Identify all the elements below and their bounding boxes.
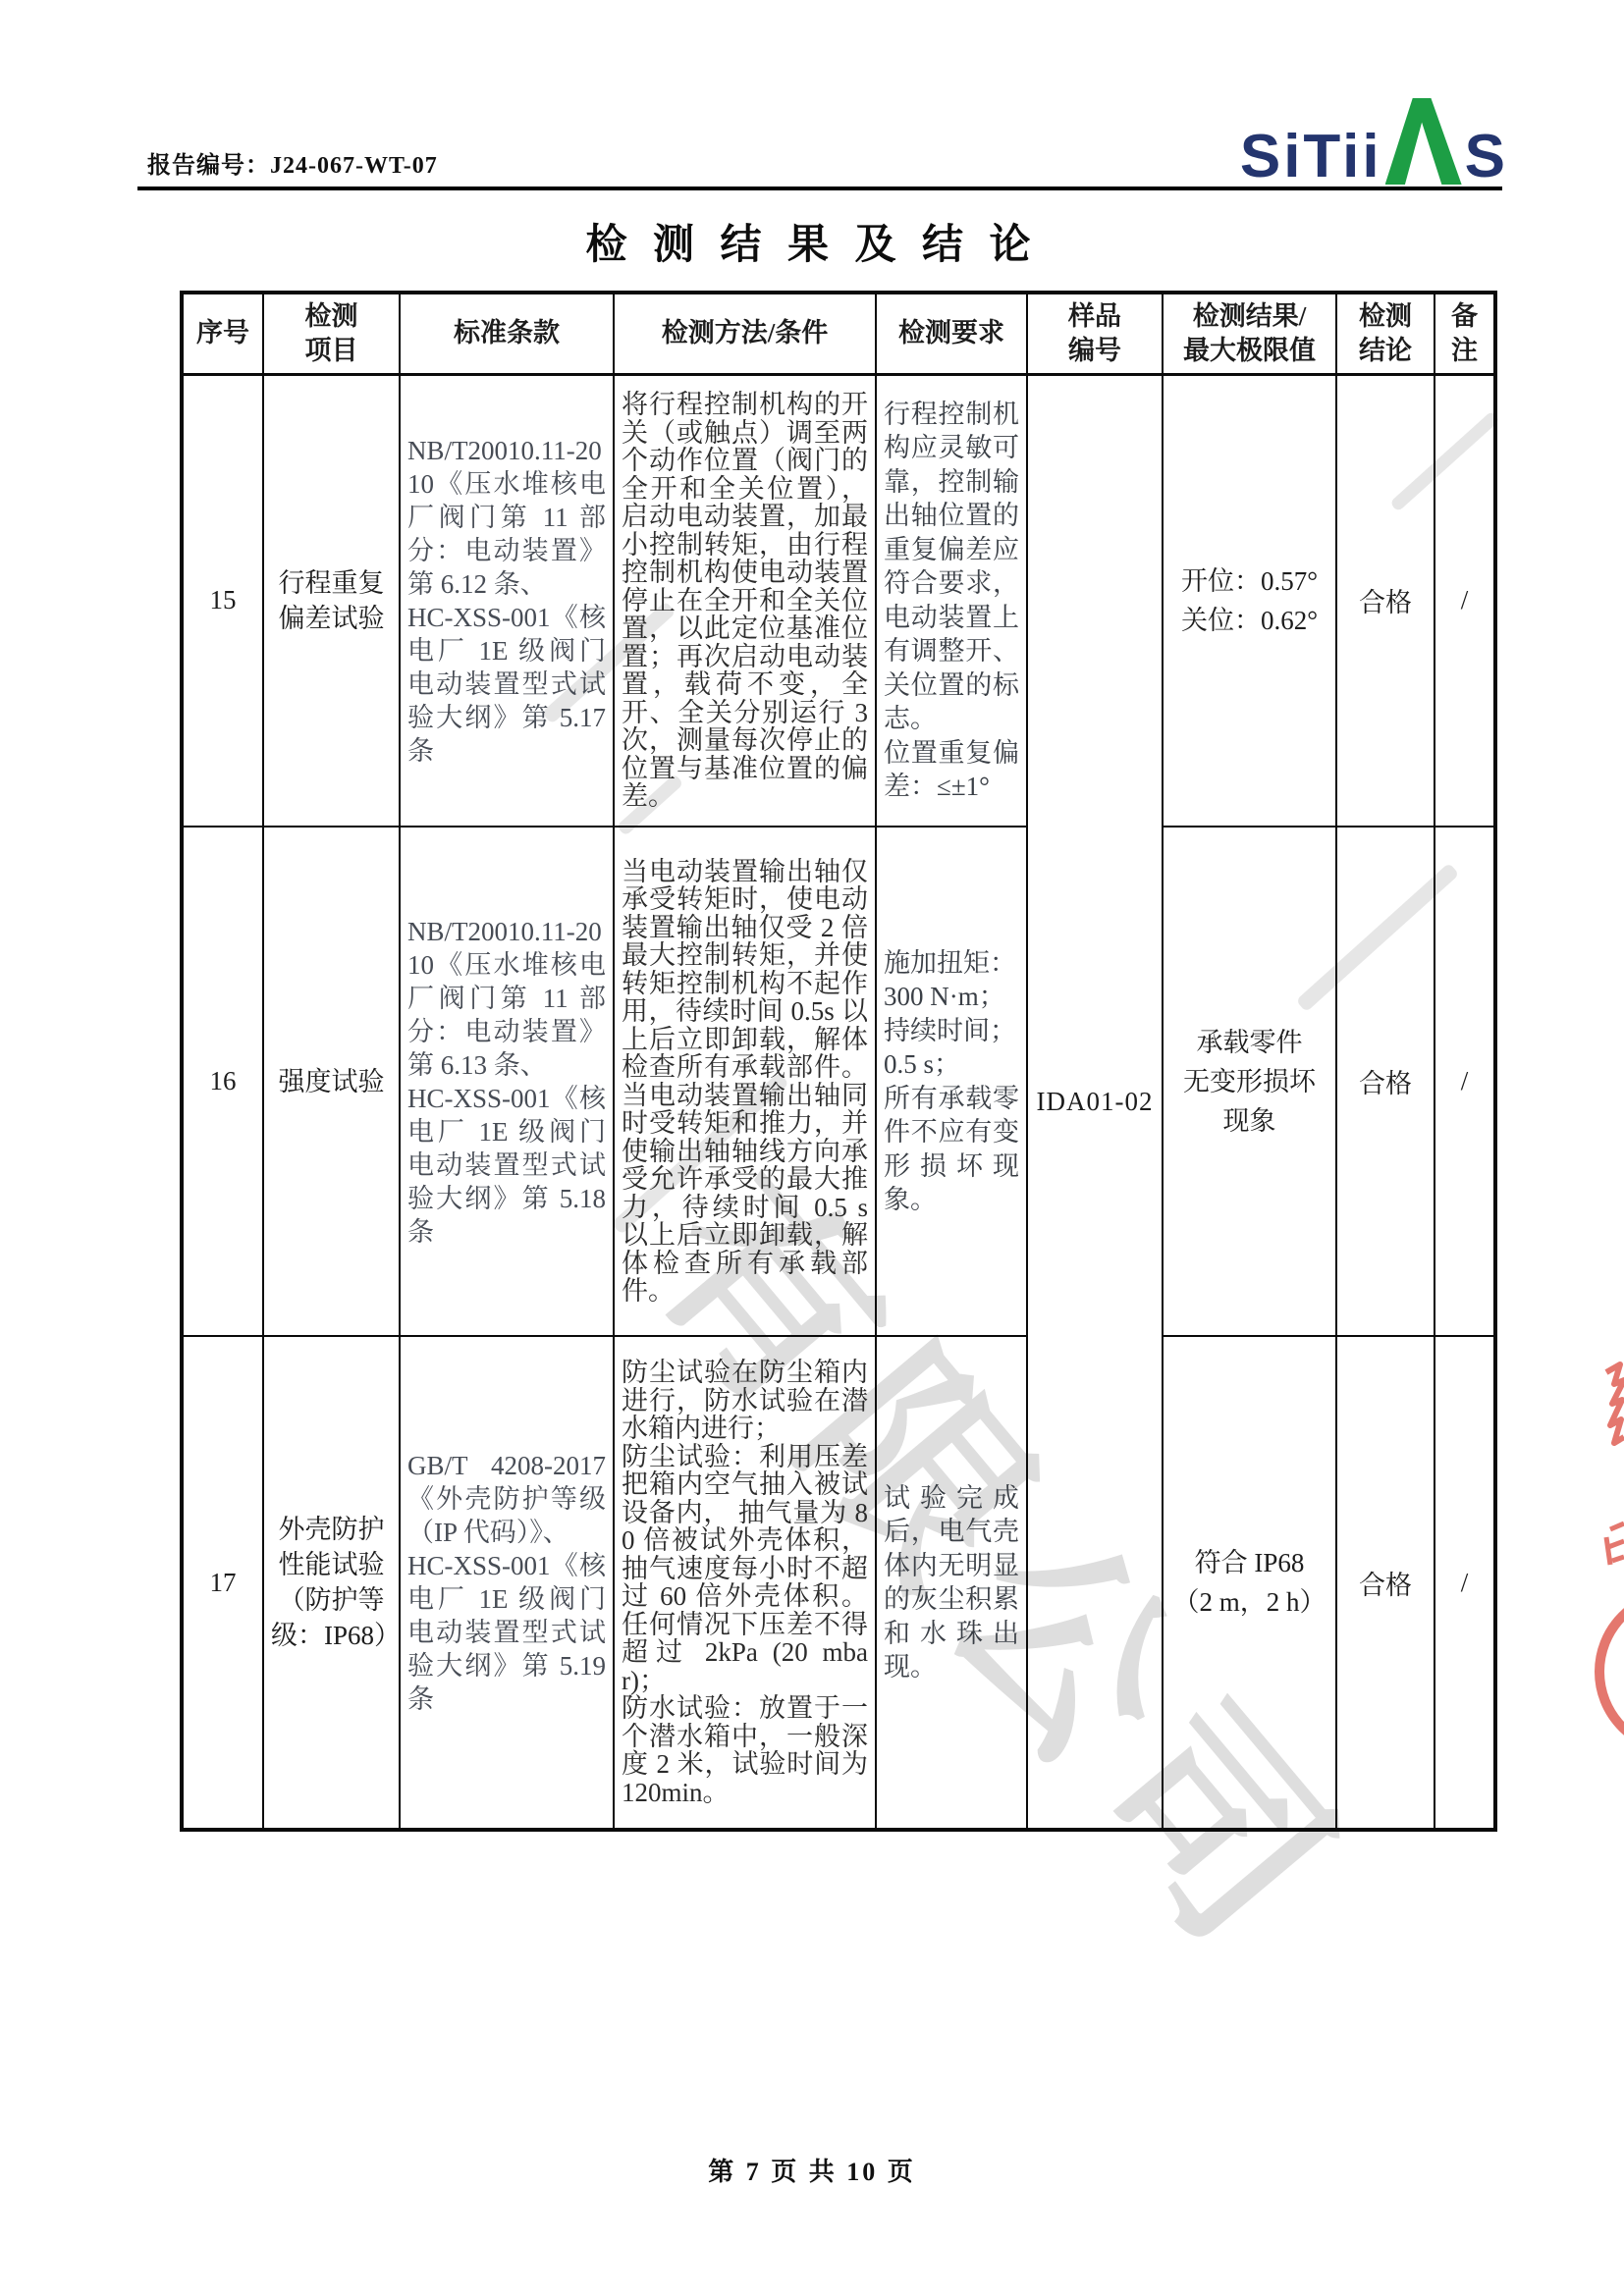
logo-text-left: SiTii xyxy=(1240,129,1382,185)
report-number: 报告编号：J24-067-WT-07 xyxy=(147,145,438,180)
col-header-no: 序号 xyxy=(182,293,263,374)
col-header-remark: 备 注 xyxy=(1435,293,1495,374)
test-requirement: 施加扭矩： 300 N·m； 持续时间； 0.5 s； 所有承载零件不应有变形损… xyxy=(876,827,1027,1336)
table-header-row: 序号 检测 项目 标准条款 检测方法/条件 检测要求 样品 编号 检测结果/ 最… xyxy=(182,293,1495,374)
col-header-sample: 样品 编号 xyxy=(1027,293,1163,374)
col-header-clause: 标准条款 xyxy=(400,293,614,374)
test-method: 将行程控制机构的开关（或触点）调至两个动作位置（阀门的全开和全关位置），启动电动… xyxy=(614,374,876,827)
header-rule xyxy=(137,187,1502,190)
page-title: 检 测 结 果 及 结 论 xyxy=(0,212,1624,271)
table-row: 15 行程重复 偏差试验 NB/T20010.11-2010《压水堆核电厂阀门第… xyxy=(182,374,1495,827)
row-no: 16 xyxy=(182,827,263,1336)
row-no: 17 xyxy=(182,1336,263,1830)
col-header-conclusion: 检测 结论 xyxy=(1336,293,1435,374)
results-table: 序号 检测 项目 标准条款 检测方法/条件 检测要求 样品 编号 检测结果/ 最… xyxy=(180,291,1497,1832)
test-method: 当电动装置输出轴仅承受转矩时，使电动装置输出轴仅受 2 倍最大控制转矩，并使转矩… xyxy=(614,827,876,1336)
test-item: 行程重复 偏差试验 xyxy=(263,374,400,827)
test-item: 外壳防护 性能试验 （防护等 级：IP68） xyxy=(263,1336,400,1830)
conclusion: 合格 xyxy=(1336,374,1435,827)
remark: / xyxy=(1435,374,1495,827)
sitiias-logo: SiTii S xyxy=(1240,94,1508,185)
row-no: 15 xyxy=(182,374,263,827)
standard-clause: NB/T20010.11-2010《压水堆核电厂阀门第 11 部分：电动装置》第… xyxy=(400,374,614,827)
col-header-item: 检测 项目 xyxy=(263,293,400,374)
report-page: 报告编号：J24-067-WT-07 SiTii S 检 测 结 果 及 结 论… xyxy=(0,0,1624,2296)
page-footer: 第 7 页 共 10 页 xyxy=(0,2152,1624,2188)
sample-number: IDA01-02 xyxy=(1027,374,1163,1830)
logo-text-right: S xyxy=(1465,129,1508,185)
col-header-result: 检测结果/ 最大极限值 xyxy=(1163,293,1336,374)
col-header-method: 检测方法/条件 xyxy=(614,293,876,374)
table-row: 17 外壳防护 性能试验 （防护等 级：IP68） GB/T 4208-2017… xyxy=(182,1336,1495,1830)
test-result: 承载零件 无变形损坏 现象 xyxy=(1163,827,1336,1336)
remark: / xyxy=(1435,1336,1495,1830)
logo-a-triangle-icon xyxy=(1385,98,1462,185)
table-row: 16 强度试验 NB/T20010.11-2010《压水堆核电厂阀门第 11 部… xyxy=(182,827,1495,1336)
test-item: 强度试验 xyxy=(263,827,400,1336)
standard-clause: NB/T20010.11-2010《压水堆核电厂阀门第 11 部分：电动装置》第… xyxy=(400,827,614,1336)
red-seal-fragment xyxy=(1577,1355,1624,1679)
test-result: 开位：0.57° 关位：0.62° xyxy=(1163,374,1336,827)
standard-clause: GB/T 4208-2017《外壳防护等级（IP 代码）》、 HC-XSS-00… xyxy=(400,1336,614,1830)
conclusion: 合格 xyxy=(1336,1336,1435,1830)
test-requirement: 试验完成后，电气壳体内无明显的灰尘积累和水珠出现。 xyxy=(876,1336,1027,1830)
test-requirement: 行程控制机构应灵敏可靠，控制输出轴位置的重复偏差应符合要求，电动装置上有调整开、… xyxy=(876,374,1027,827)
conclusion: 合格 xyxy=(1336,827,1435,1336)
remark: / xyxy=(1435,827,1495,1336)
col-header-requirement: 检测要求 xyxy=(876,293,1027,374)
test-result: 符合 IP68 （2 m，2 h） xyxy=(1163,1336,1336,1830)
test-method: 防尘试验在防尘箱内进行，防水试验在潜水箱内进行； 防尘试验：利用压差把箱内空气抽… xyxy=(614,1336,876,1830)
